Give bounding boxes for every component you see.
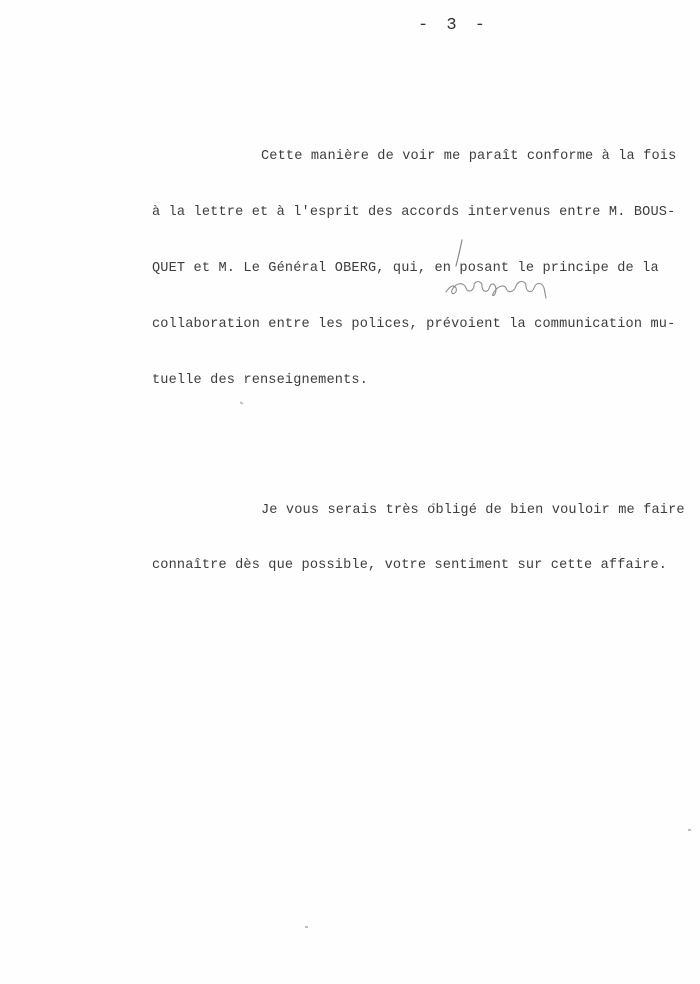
text-line: QUET et M. Le Général OBERG, qui, en pos… <box>152 260 697 279</box>
text-line: Cette manière de voir me paraît conforme… <box>152 148 697 167</box>
letter-body: Cette manière de voir me paraît conforme… <box>152 74 697 650</box>
text-line: connaître dès que possible, votre sentim… <box>152 557 697 576</box>
scan-speck <box>688 829 691 831</box>
handwritten-signature <box>440 236 560 306</box>
text-line: tuelle des renseignements. <box>152 372 697 391</box>
scan-speck <box>305 926 308 928</box>
document-page: - 3 - Cette manière de voir me paraît co… <box>0 0 700 984</box>
text-line: collaboration entre les polices, prévoie… <box>152 316 697 335</box>
paragraph-2: Je vous serais très obligé de bien voulo… <box>152 464 697 613</box>
page-number: - 3 - <box>418 16 489 35</box>
scan-speck <box>432 503 435 505</box>
text-line: à la lettre et à l'esprit des accords in… <box>152 204 697 223</box>
text-line: Je vous serais très obligé de bien voulo… <box>152 502 697 521</box>
paragraph-1: Cette manière de voir me paraît conforme… <box>152 111 697 427</box>
